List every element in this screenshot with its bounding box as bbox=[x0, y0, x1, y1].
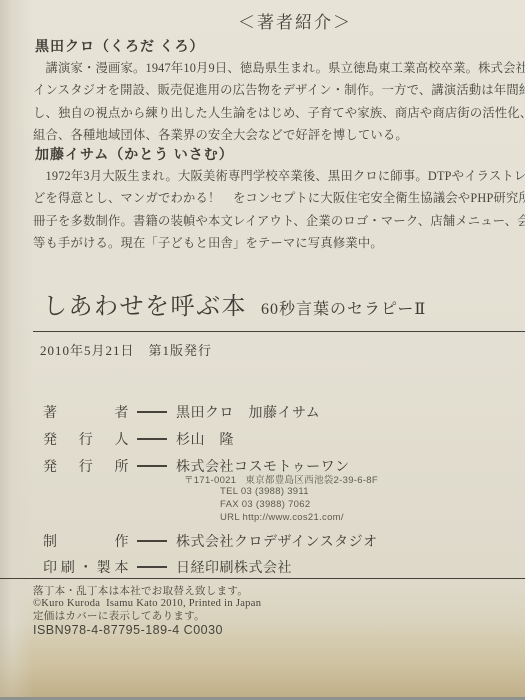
row-value: 株式会社クロデザインスタジオ bbox=[176, 535, 378, 550]
leader-line bbox=[137, 465, 167, 467]
row-label: 印刷・製本 bbox=[43, 557, 129, 577]
colophon-row-production: 制作株式会社クロデザインスタジオ bbox=[43, 531, 378, 551]
leader-line bbox=[137, 438, 167, 440]
publisher-address: 〒171-0021東京都豊島区西池袋2-39-6-8F bbox=[184, 472, 378, 486]
publisher-tel: TEL 03 (3988) 3911 bbox=[220, 486, 309, 497]
row-label: 制作 bbox=[43, 531, 129, 551]
notice-returns: 落丁本・乱丁本は本社でお取替え致します。 bbox=[33, 586, 261, 598]
notice-price: 定価はカバーに表示してあります。 bbox=[33, 611, 261, 623]
row-label: 発行人 bbox=[43, 429, 129, 449]
row-value: 日経印刷株式会社 bbox=[176, 561, 292, 576]
notice-copyright: ©Kuro Kuroda Isamu Kato 2010, Printed in… bbox=[33, 598, 261, 610]
publisher-url: URL http://www.cos21.com/ bbox=[220, 512, 344, 523]
colophon-row-publisher-person: 発行人杉山 隆 bbox=[43, 429, 234, 449]
author-bio-kuroda: 講演家・漫画家。1947年10月9日、徳島県生まれ。県立徳島東工業高校卒業。株式… bbox=[33, 57, 525, 147]
title-divider bbox=[33, 331, 525, 332]
author-name-kato: 加藤イサム（かとう いさむ） bbox=[35, 144, 234, 164]
row-label: 発行所 bbox=[43, 456, 129, 476]
bio-line: 講演家・漫画家。1947年10月9日、徳島県生まれ。県立徳島東工業高校卒業。株式… bbox=[33, 57, 525, 79]
footer-divider bbox=[0, 578, 525, 579]
colophon-row-printing: 印刷・製本日経印刷株式会社 bbox=[43, 557, 292, 577]
bio-line: インスタジオを開設、販売促進用の広告物をデザイン・制作。一方で、講演活動は年間約… bbox=[33, 79, 525, 101]
bio-line: どを得意とし、マンガでわかる！ をコンセプトに大阪住宅安全衛生協議会やPHP研究… bbox=[33, 187, 525, 209]
bio-line: 1972年3月大阪生まれ。大阪美術専門学校卒業後、黒田クロに師事。DTPやイラス… bbox=[33, 165, 525, 187]
publisher-fax: FAX 03 (3988) 7062 bbox=[220, 499, 310, 510]
bio-line: 等も手がける。現在「子どもと田舎」をテーマに写真修業中。 bbox=[33, 232, 525, 254]
page-title: ＜著者紹介＞ bbox=[65, 8, 525, 33]
leader-line bbox=[137, 566, 167, 568]
author-bio-kato: 1972年3月大阪生まれ。大阪美術専門学校卒業後、黒田クロに師事。DTPやイラス… bbox=[33, 165, 525, 255]
row-value: 杉山 隆 bbox=[176, 433, 234, 448]
bio-line: し、独自の視点から練り出した人生論をはじめ、子育てや家族、商店や商店街の活性化、… bbox=[33, 102, 525, 124]
book-colophon-page: ＜著者紹介＞ 黒田クロ（くろだ くろ） 講演家・漫画家。1947年10月9日、徳… bbox=[0, 0, 525, 700]
bio-line: 冊子を多数制作。書籍の装幀や本文レイアウト、企業のロゴ・マーク、店舗メニュー、会… bbox=[33, 210, 525, 232]
row-label: 著者 bbox=[43, 402, 129, 422]
book-title-row: しあわせを呼ぶ本60秒言葉のセラピーⅡ bbox=[43, 286, 426, 321]
edition-date: 2010年5月21日 第1版発行 bbox=[40, 340, 212, 359]
footer-notices: 落丁本・乱丁本は本社でお取替え致します。 ©Kuro Kuroda Isamu … bbox=[33, 586, 261, 623]
author-name-kuroda: 黒田クロ（くろだ くろ） bbox=[35, 36, 205, 56]
row-value: 黒田クロ 加藤イサム bbox=[176, 406, 320, 421]
street-address: 東京都豊島区西池袋2-39-6-8F bbox=[245, 475, 378, 486]
book-title: しあわせを呼ぶ本 bbox=[43, 294, 247, 320]
page-curl-shadow bbox=[0, 625, 525, 697]
colophon-row-author: 著者黒田クロ 加藤イサム bbox=[43, 402, 320, 422]
leader-line bbox=[137, 411, 167, 413]
postal-code: 〒171-0021 bbox=[184, 475, 236, 486]
book-subtitle: 60秒言葉のセラピーⅡ bbox=[261, 301, 426, 318]
leader-line bbox=[137, 540, 167, 542]
